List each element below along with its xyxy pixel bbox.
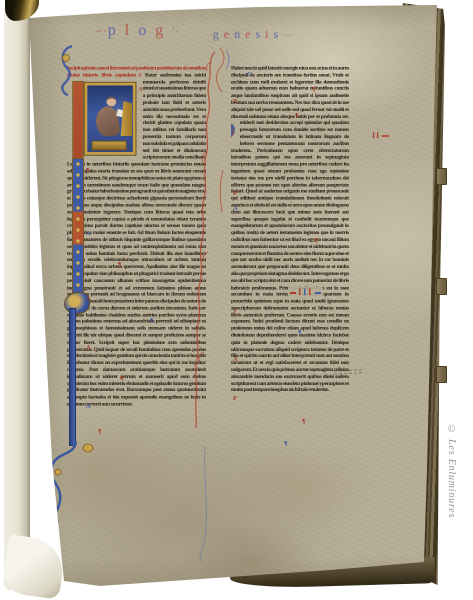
rubricated-mark: ¶ — [150, 318, 154, 324]
rubricated-mark: ¶ — [315, 238, 319, 244]
fore-edge-tab — [436, 278, 447, 295]
rubricated-mark: C — [247, 72, 252, 78]
header-pendant-blue — [226, 50, 229, 69]
fore-edge-tab — [436, 366, 447, 383]
illuminated-initial-miniature — [67, 81, 139, 160]
previous-page-edge — [4, 6, 30, 590]
header-pendant-red — [216, 48, 224, 92]
rubricated-mark: ¶ — [298, 330, 302, 336]
text-column-left: Incipit epistola sancti iheronimi ad pau… — [67, 66, 206, 456]
rubricated-mark: ¶ — [120, 376, 124, 382]
marginal-bar-lower — [69, 308, 76, 446]
fore-edge-tab — [436, 168, 447, 185]
marginal-annotation — [334, 367, 363, 376]
running-header-left-text: plog — [108, 22, 172, 39]
top-ornament-gold-dot — [63, 55, 70, 62]
rubricated-mark: ¶ — [312, 87, 316, 93]
parchment-page: ~·plog'· ·genesis·~ Incipit epistola san… — [0, 0, 473, 600]
rubricated-mark: ¶ — [295, 113, 299, 119]
right-column-text-part2: esiderii mei desideratas accepi epistola… — [231, 121, 349, 394]
rubricated-mark: A — [86, 231, 91, 237]
rubricated-mark: A — [233, 357, 238, 363]
running-header-genesis: ·genesis·~ — [209, 27, 292, 42]
running-header-right-text: genesis — [213, 27, 283, 41]
header-flourish: '· — [172, 26, 180, 38]
miniature-panel — [85, 82, 136, 154]
rubricated-mark: J — [86, 296, 89, 302]
dragon-leaf-terminal — [48, 516, 60, 532]
chapter-numeral-iii: III — [288, 287, 323, 297]
initial-bar-top — [72, 81, 83, 160]
rubricated-mark: ¶ — [302, 419, 306, 425]
rubricated-mark: P — [233, 191, 237, 197]
blue-tail-flourish — [200, 446, 206, 562]
marginal-bar-border — [72, 158, 84, 298]
monk-head — [107, 96, 117, 106]
header-flourish: ·~ — [283, 31, 292, 40]
running-header-prologus: ~·plog'· — [96, 22, 180, 40]
rubricated-mark: P — [233, 99, 237, 105]
gold-bench — [92, 140, 127, 150]
header-flourish: ~· — [96, 26, 108, 38]
copyright-watermark: © Les Enluminures — [446, 424, 457, 596]
rubricated-mark: A — [233, 206, 238, 212]
rubricated-mark: P — [233, 396, 237, 402]
initial-d-tail — [220, 170, 223, 212]
rubricated-mark: A — [86, 345, 91, 351]
gold-lectern — [121, 101, 132, 136]
rubricated-mark: J — [233, 309, 236, 315]
manuscript-photo: ~·plog'· ·genesis·~ Incipit epistola san… — [0, 0, 473, 600]
rubricated-mark: S — [139, 87, 143, 93]
text-column-right: Habet nescio quid latentis energie uiua … — [231, 66, 349, 462]
pen-flourish-initial-d: D — [231, 121, 238, 144]
rubricated-mark: ¶ — [284, 441, 288, 447]
rubricated-mark: ¶ — [98, 429, 102, 435]
rubricated-mark: ¶ — [86, 168, 90, 174]
chapter-numeral-ii: II — [372, 131, 389, 140]
rubricated-mark: ¶ — [118, 262, 122, 268]
dragon-gold-dot — [55, 469, 61, 475]
rubricated-mark: A — [86, 404, 91, 410]
